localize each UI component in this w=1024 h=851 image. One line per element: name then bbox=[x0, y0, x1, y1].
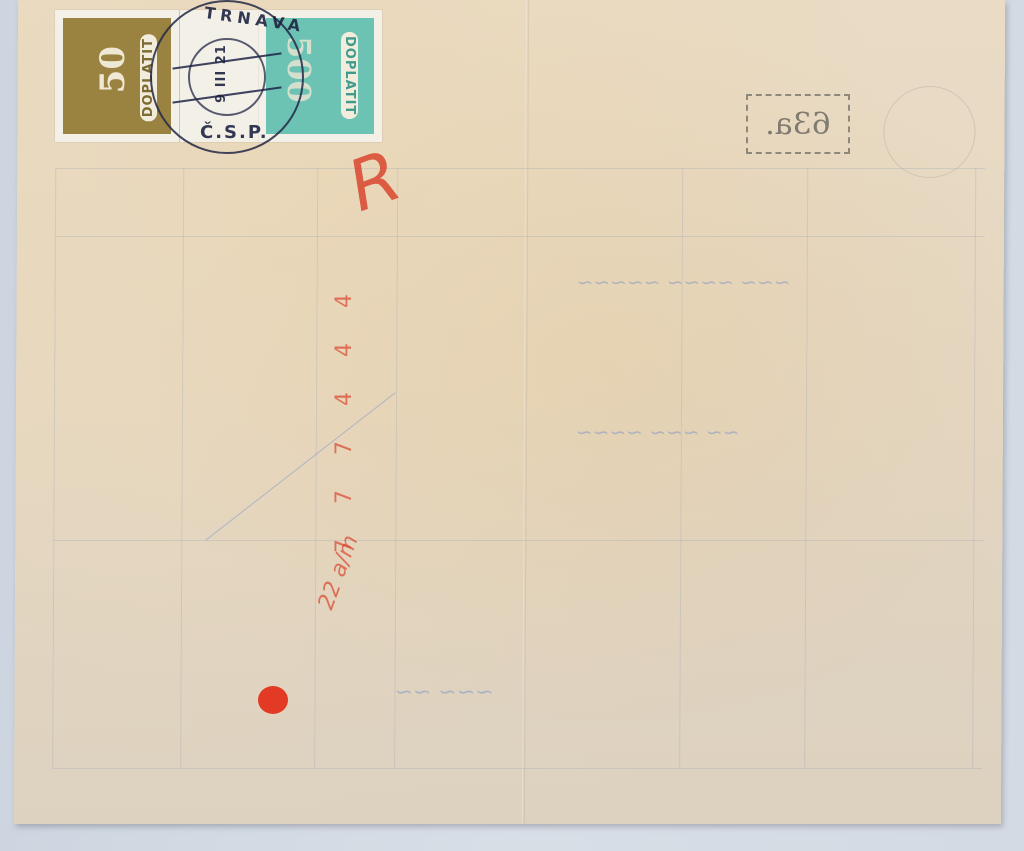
grid-line bbox=[804, 168, 808, 768]
postmark-country: Č.S.P. bbox=[200, 122, 269, 143]
grid-line bbox=[53, 540, 983, 541]
blue-handwriting: ~~~ ~~~~ ~~~~~ bbox=[577, 270, 791, 294]
grid-line bbox=[394, 168, 398, 768]
grid-line bbox=[679, 168, 683, 768]
blue-handwriting: ~~ ~~~ ~~~~ bbox=[576, 420, 740, 444]
grid-line bbox=[52, 168, 56, 768]
stamp-value: 50 bbox=[93, 46, 133, 93]
grid-line bbox=[55, 168, 985, 169]
grid-line bbox=[180, 168, 184, 768]
grid-line bbox=[55, 236, 985, 237]
blue-handwriting: ~~~ ~~ bbox=[394, 680, 493, 705]
postmark: TRNAVA 9 III 21 Č.S.P. bbox=[150, 0, 304, 154]
grid-line bbox=[314, 168, 318, 768]
stamp-label: DOPLATIT bbox=[341, 32, 358, 119]
grid-line bbox=[972, 168, 976, 768]
red-numbers: 7 7 7 4 4 4 bbox=[332, 280, 357, 553]
faint-circle-stamp bbox=[883, 86, 975, 178]
postmark-date: 9 III 21 bbox=[214, 44, 229, 103]
blue-diagonal-line bbox=[205, 392, 396, 541]
grid-line bbox=[52, 768, 982, 769]
red-wax-seal bbox=[258, 686, 288, 714]
box-stamp-number: 63a. bbox=[746, 94, 850, 154]
fold-crease bbox=[522, 0, 529, 824]
